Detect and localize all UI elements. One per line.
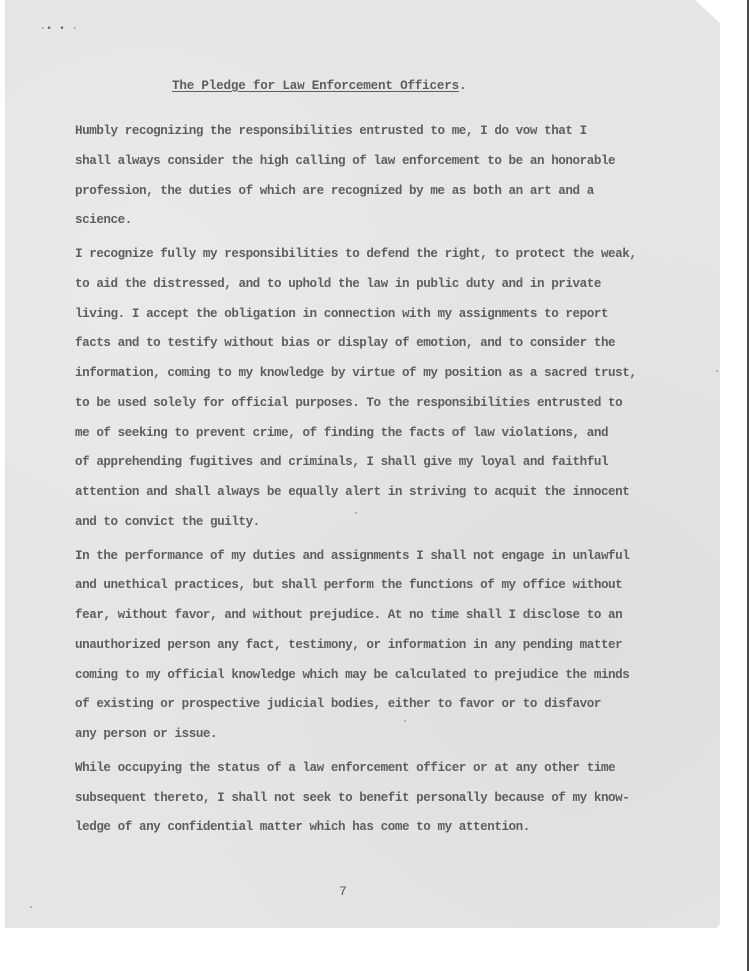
- text-line: of existing or prospective judicial bodi…: [75, 694, 637, 724]
- paragraph-first-line: Humbly recognizing the responsibilities …: [75, 121, 637, 151]
- text-line: profession, the duties of which are reco…: [75, 181, 637, 211]
- document: The Pledge for Law Enforcement Officers.…: [0, 0, 750, 971]
- page-number: 7: [339, 884, 347, 899]
- text-line: living. I accept the obligation in conne…: [75, 304, 637, 334]
- text-line: fear, without favor, and without prejudi…: [75, 605, 637, 635]
- document-body: Humbly recognizing the responsibilities …: [75, 121, 637, 847]
- scan-speck: [355, 512, 357, 514]
- scan-speck: [404, 720, 406, 722]
- paragraph-first-line: In the performance of my duties and assi…: [75, 546, 637, 576]
- text-line: me of seeking to prevent crime, of findi…: [75, 423, 637, 453]
- text-line: shall always consider the high calling o…: [75, 151, 637, 181]
- text-line: and to convict the guilty.: [75, 512, 637, 542]
- text-line: to be used solely for official purposes.…: [75, 393, 637, 423]
- text-line: information, coming to my knowledge by v…: [75, 363, 637, 393]
- document-title: The Pledge for Law Enforcement Officers.: [172, 79, 466, 93]
- text-line: ledge of any confidential matter which h…: [75, 817, 637, 847]
- text-line: of apprehending fugitives and criminals,…: [75, 452, 637, 482]
- text-line: unauthorized person any fact, testimony,…: [75, 635, 637, 665]
- text-line: science.: [75, 210, 637, 240]
- text-line: any person or issue.: [75, 724, 637, 754]
- title-period: .: [459, 79, 466, 93]
- text-line: attention and shall always be equally al…: [75, 482, 637, 512]
- scan-speck: [716, 370, 718, 372]
- text-line: facts and to testify without bias or dis…: [75, 333, 637, 363]
- title-text: The Pledge for Law Enforcement Officers: [172, 79, 459, 93]
- paragraph-first-line: I recognize fully my responsibilities to…: [75, 244, 637, 274]
- paragraph-first-line: While occupying the status of a law enfo…: [75, 758, 637, 788]
- text-line: to aid the distressed, and to uphold the…: [75, 274, 637, 304]
- text-line: subsequent thereto, I shall not seek to …: [75, 788, 637, 818]
- text-line: coming to my official knowledge which ma…: [75, 665, 637, 695]
- text-line: and unethical practices, but shall perfo…: [75, 575, 637, 605]
- scan-speck: [30, 906, 32, 908]
